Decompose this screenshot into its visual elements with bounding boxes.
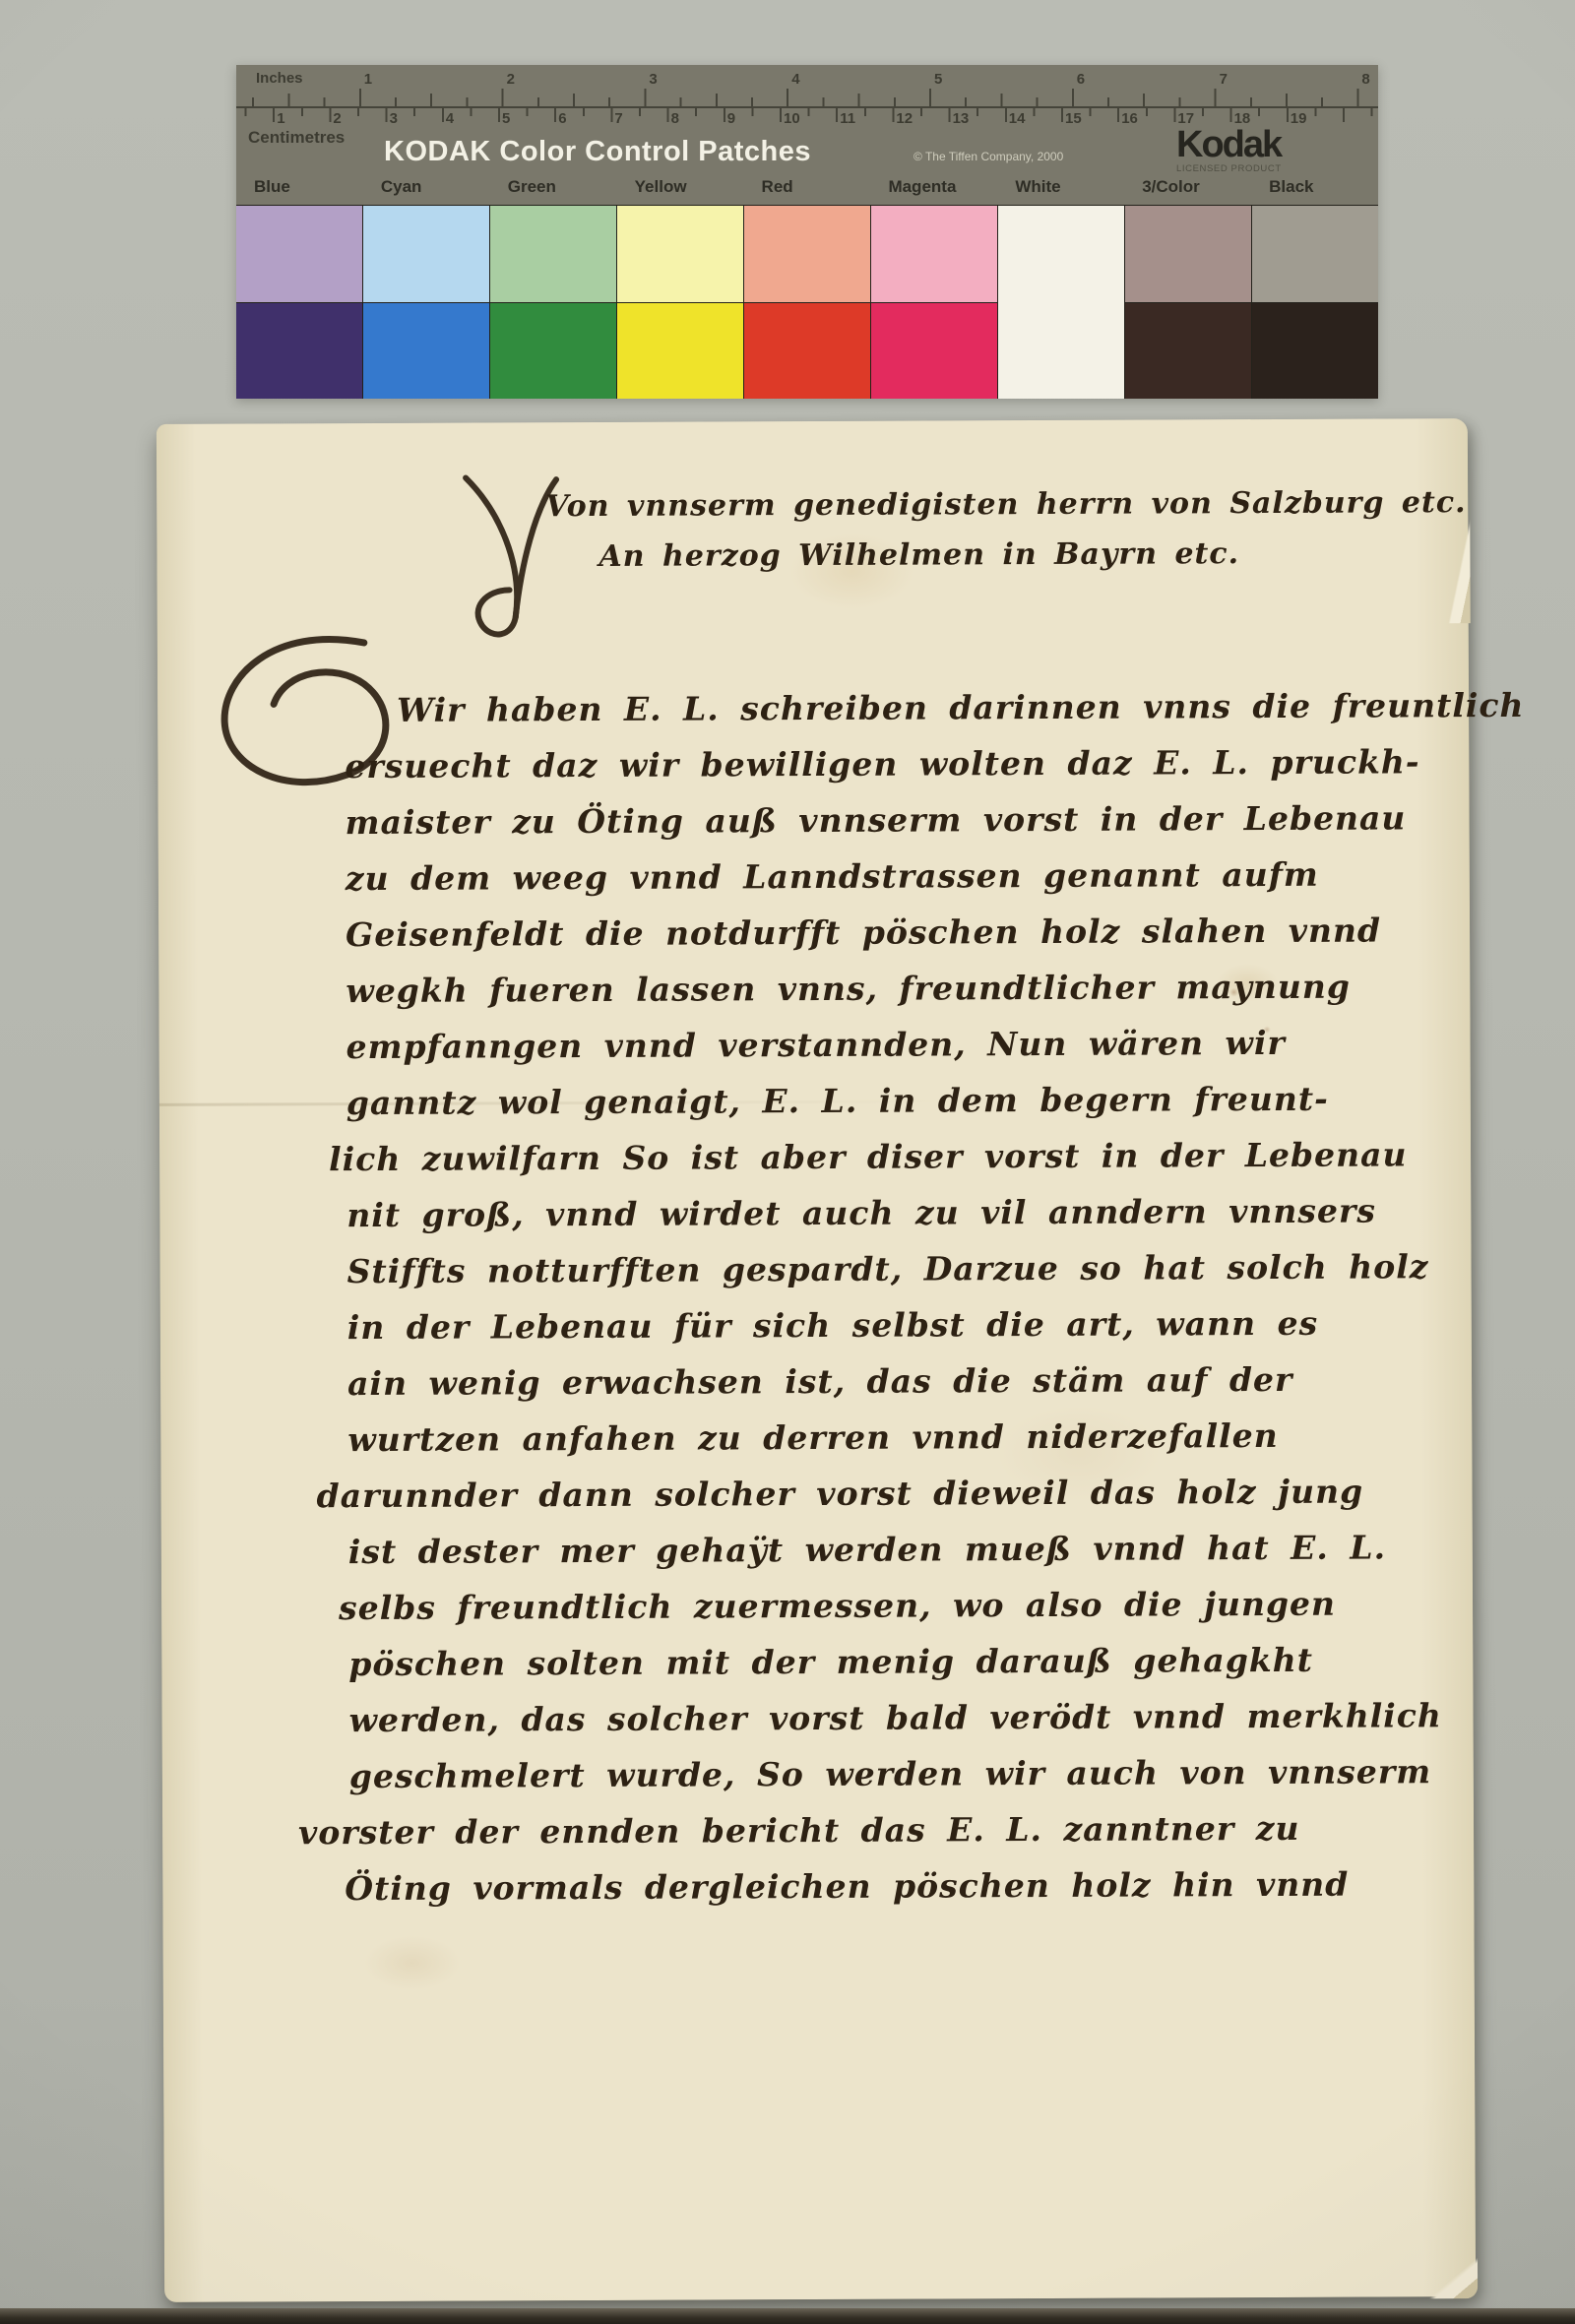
patch-label-row: BlueCyanGreenYellowRedMagentaWhite3/Colo… (236, 175, 1378, 205)
ruler-inches-label: Inches (256, 70, 303, 87)
centimetre-number: 14 (1009, 110, 1026, 127)
centimetre-number: 16 (1121, 110, 1138, 127)
centimetre-number: 15 (1065, 110, 1082, 127)
manuscript-page: Von vnnserm genedigisten herrn von Salzb… (157, 418, 1476, 2302)
inch-tick-marks (236, 89, 1378, 106)
patch-swatch-saturated (744, 303, 870, 399)
kodak-title: KODAK Color Control Patches (384, 136, 811, 168)
manuscript-line: empfanngen vnnd verstannden, Nun wären w… (346, 1024, 1286, 1066)
patch-column-yellow (617, 206, 744, 399)
patch-label-green: Green (508, 177, 556, 197)
patch-swatch-saturated (363, 303, 489, 399)
patch-label-red: Red (762, 177, 793, 197)
kodak-logo: Kodak LICENSED PRODUCT (1176, 126, 1373, 174)
centimetre-number: 12 (896, 110, 913, 127)
centimetre-number: 11 (840, 110, 855, 127)
licensed-product-label: LICENSED PRODUCT (1176, 163, 1373, 174)
patch-swatch-light (617, 206, 743, 303)
centimetre-number: 19 (1291, 110, 1307, 127)
manuscript-line: in der Lebenau für sich selbst die art, … (347, 1304, 1318, 1347)
manuscript-line: Geisenfeldt die notdurfft pöschen holz s… (346, 911, 1381, 954)
patch-swatch-light (744, 206, 870, 303)
manuscript-line: ganntz wol genaigt, E. L. in dem begern … (346, 1080, 1329, 1122)
manuscript-line: ist dester mer gehaÿt werden mueß vnnd h… (348, 1528, 1386, 1571)
patch-column-magenta (871, 206, 998, 399)
manuscript-line: Öting vormals dergleichen pöschen holz h… (345, 1865, 1349, 1908)
patch-swatch-light (236, 206, 362, 303)
manuscript-line: ersuecht daz wir bewilligen wolten daz E… (345, 742, 1419, 785)
kodak-color-control-bar: Inches 12345678 123456789101112131415161… (236, 65, 1378, 399)
inch-number: 5 (934, 71, 942, 88)
patch-column-white (998, 206, 1125, 399)
manuscript-line: ain wenig erwachsen ist, das die stäm au… (347, 1360, 1292, 1403)
patch-label-magenta: Magenta (888, 177, 956, 197)
patch-column-black (1252, 206, 1378, 399)
centimetre-number: 7 (614, 110, 622, 127)
patch-swatch-saturated (1252, 303, 1378, 399)
kodak-logo-wordmark: Kodak (1176, 126, 1373, 163)
inch-number: 7 (1220, 71, 1228, 88)
manuscript-line: wurtzen anfahen zu derren vnnd niderzefa… (347, 1416, 1278, 1459)
manuscript-body: Wir haben E. L. schreiben darinnen vnns … (157, 418, 1476, 2302)
manuscript-line: lich zuwilfarn So ist aber diser vorst i… (329, 1135, 1408, 1178)
patch-swatch-light (871, 206, 997, 303)
centimetre-number: 2 (333, 110, 341, 127)
patch-swatch-saturated (1125, 303, 1251, 399)
inch-number: 4 (791, 71, 799, 88)
manuscript-line: pöschen solten mit der menig darauß geha… (348, 1641, 1313, 1683)
centimetre-number: 9 (727, 110, 735, 127)
manuscript-line: werden, das solcher vorst bald verödt vn… (349, 1696, 1442, 1739)
manuscript-line: nit groß, vnnd wirdet auch zu vil annder… (346, 1192, 1376, 1235)
patch-label-white: White (1015, 177, 1060, 197)
ruler-centimetres-label: Centimetres (248, 128, 345, 148)
manuscript-line: vorster der ennden bericht das E. L. zan… (298, 1809, 1300, 1852)
centimetre-number: 6 (558, 110, 566, 127)
patch-swatch-light (363, 206, 489, 303)
patch-swatch-saturated (617, 303, 743, 399)
inch-number: 6 (1077, 71, 1085, 88)
patch-swatch-full (998, 206, 1124, 399)
manuscript-line: darunnder dann solcher vorst dieweil das… (317, 1473, 1364, 1516)
manuscript-line: geschmelert wurde, So werden wir auch vo… (349, 1752, 1431, 1795)
manuscript-line: zu dem weeg vnnd Lanndstrassen genannt a… (346, 855, 1319, 898)
patch-column-green (490, 206, 617, 399)
color-patch-grid (236, 205, 1378, 399)
centimetre-number: 3 (390, 110, 398, 127)
centimetre-tick-marks (236, 108, 1378, 122)
tiffen-copyright: © The Tiffen Company, 2000 (913, 150, 1063, 163)
patch-swatch-light (1125, 206, 1251, 303)
manuscript-line: Stiffts notturfften gespardt, Darzue so … (347, 1247, 1429, 1290)
patch-column-3color (1125, 206, 1252, 399)
inch-number: 1 (364, 71, 372, 88)
patch-label-cyan: Cyan (381, 177, 422, 197)
patch-label-black: Black (1269, 177, 1313, 197)
centimetre-number: 1 (277, 110, 284, 127)
manuscript-line: wegkh fueren lassen vnns, freundtlicher … (346, 968, 1351, 1010)
patch-column-cyan (363, 206, 490, 399)
patch-label-3color: 3/Color (1142, 177, 1200, 197)
patch-swatch-saturated (236, 303, 362, 399)
patch-swatch-light (490, 206, 616, 303)
archival-photograph: Inches 12345678 123456789101112131415161… (0, 0, 1575, 2324)
patch-label-blue: Blue (254, 177, 290, 197)
photo-bottom-edge (0, 2308, 1575, 2324)
patch-swatch-light (1252, 206, 1378, 303)
inch-number: 2 (507, 71, 515, 88)
inch-number: 3 (649, 71, 657, 88)
centimetre-number: 5 (502, 110, 510, 127)
patch-swatch-saturated (871, 303, 997, 399)
manuscript-line: selbs freundtlich zuermessen, wo also di… (339, 1585, 1336, 1627)
inch-number: 8 (1361, 71, 1369, 88)
centimetre-number: 10 (784, 110, 800, 127)
centimetre-number: 4 (446, 110, 454, 127)
patch-column-blue (236, 206, 363, 399)
manuscript-line: maister zu Öting auß vnnserm vorst in de… (346, 798, 1407, 842)
centimetre-number: 8 (671, 110, 679, 127)
manuscript-line: Wir haben E. L. schreiben darinnen vnns … (397, 686, 1525, 729)
centimetre-number: 13 (953, 110, 970, 127)
patch-label-yellow: Yellow (635, 177, 687, 197)
patch-column-red (744, 206, 871, 399)
patch-swatch-saturated (490, 303, 616, 399)
